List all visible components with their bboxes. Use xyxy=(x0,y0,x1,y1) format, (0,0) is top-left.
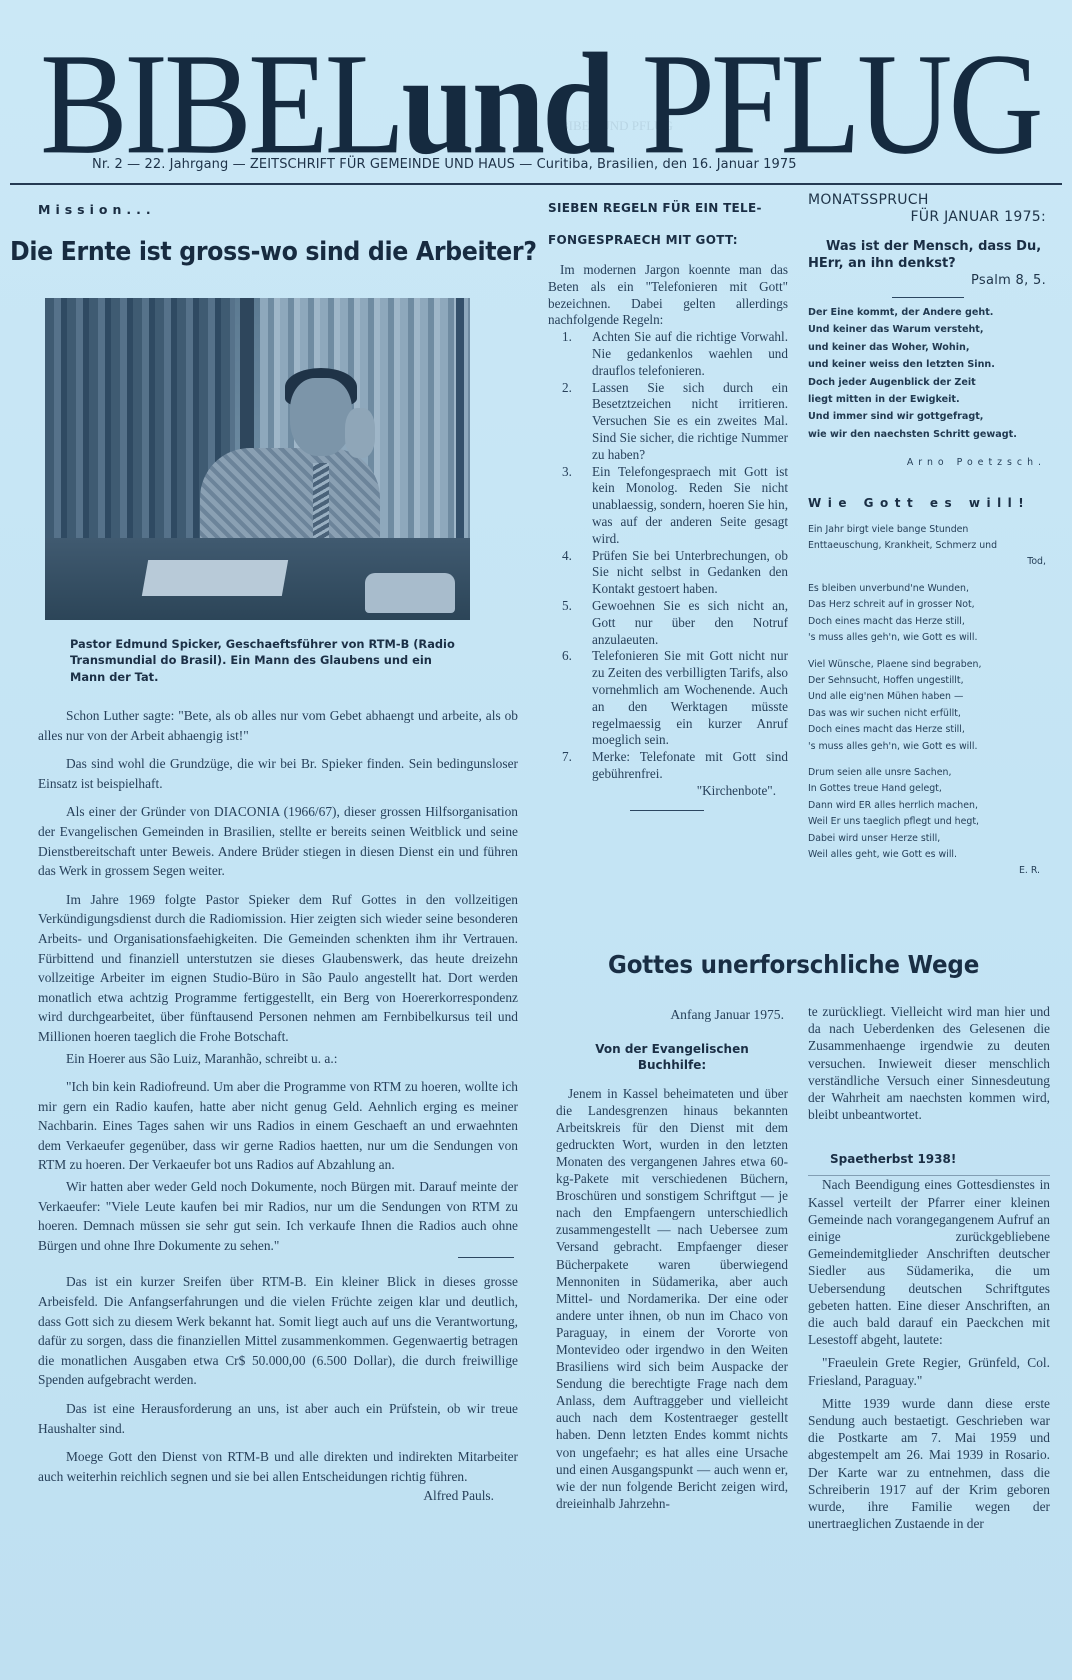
paragraph: Als einer der Gründer von DIACONIA (1966… xyxy=(38,802,518,880)
rules-list: 1.Achten Sie auf die richtige Vorwahl. N… xyxy=(548,329,788,783)
paragraph: Das sind wohl die Grundzüge, die wir bei… xyxy=(38,754,518,793)
paragraph: "Ich bin kein Radiofreund. Um aber die P… xyxy=(38,1077,518,1175)
rule-item: 1.Achten Sie auf die richtige Vorwahl. N… xyxy=(548,329,788,379)
poem-title: Wie Gott es will! xyxy=(808,496,1046,510)
rule-item: 3.Ein Telefongespraech mit Gott ist kein… xyxy=(548,464,788,548)
divider xyxy=(458,1257,514,1258)
monatsspruch-title-2: FÜR JANUAR 1975: xyxy=(808,209,1046,226)
monatsspruch-verse: Was ist der Mensch, dass Du, HErr, an ih… xyxy=(808,238,1046,272)
paragraph: Das ist eine Herausforderung an uns, ist… xyxy=(38,1399,518,1438)
rule-item: 7.Merke: Telefonate mit Gott sind gebühr… xyxy=(548,749,788,783)
poem-wie-gott-es-will: Ein Jahr birgt viele bange Stunden Entta… xyxy=(808,522,1046,880)
paragraph: Das ist ein kurzer Sreifen über RTM-B. E… xyxy=(38,1272,518,1390)
paragraph: Wir hatten aber weder Geld noch Dokument… xyxy=(38,1177,518,1255)
telefon-headline-1: SIEBEN REGELN FÜR EIN TELE- xyxy=(548,192,788,224)
paragraph: Moege Gott den Dienst von RTM-B und alle… xyxy=(38,1447,518,1486)
telefon-source: "Kirchenbote". xyxy=(548,783,788,800)
divider xyxy=(808,1175,1050,1176)
gottes-wege-subhead-2: Spaetherbst 1938! xyxy=(830,1151,1050,1167)
monatsspruch-title-1: MONATSSPRUCH xyxy=(808,192,1046,209)
newspaper-page: BIBEL UND PFLUG BIBELund PFLUG Nr. 2 — 2… xyxy=(0,0,1072,1680)
gottes-wege-col1: Anfang Januar 1975. Von der Evangelische… xyxy=(556,1005,788,1512)
telephone-icon xyxy=(365,573,455,613)
address-quote: "Fraeulein Grete Regier, Grünfeld, Col. … xyxy=(808,1354,1050,1388)
monatsspruch-poem: Der Eine kommt, der Andere geht. Und kei… xyxy=(808,304,1046,443)
article-photo xyxy=(45,298,470,620)
rule-item: 4.Prüfen Sie bei Unterbrechungen, ob Sie… xyxy=(548,548,788,598)
mission-article-body: Schon Luther sagte: "Bete, als ob alles … xyxy=(38,706,518,1506)
article-headline: Die Ernte ist gross-wo sind die Arbeiter… xyxy=(10,237,503,267)
gottes-wege-dateline: Anfang Januar 1975. xyxy=(556,1005,788,1025)
rule-item: 6.Telefonieren Sie mit Gott nicht nur zu… xyxy=(548,648,788,749)
divider xyxy=(892,297,964,298)
gottes-wege-subhead: Von der Evangelischen Buchhilfe: xyxy=(556,1041,788,1073)
divider xyxy=(630,810,704,811)
telefon-article: SIEBEN REGELN FÜR EIN TELE- FONGESPRAECH… xyxy=(548,192,788,811)
gottes-wege-col2: te zurückliegt. Vielleicht wird man hier… xyxy=(808,1003,1050,1532)
paragraph: Im Jahre 1969 folgte Pastor Spieker dem … xyxy=(38,890,518,1047)
masthead-subline: Nr. 2 — 22. Jahrgang — ZEITSCHRIFT FÜR G… xyxy=(92,157,1052,172)
monatsspruch-reference: Psalm 8, 5. xyxy=(808,272,1046,289)
paragraph: Ein Hoerer aus São Luiz, Maranhão, schre… xyxy=(38,1049,518,1069)
masthead-title: BIBELund PFLUG xyxy=(40,38,1040,170)
photo-caption: Pastor Edmund Spicker, Geschaeftsführer … xyxy=(70,636,470,685)
telefon-headline-2: FONGESPRAECH MIT GOTT: xyxy=(548,224,788,256)
gottes-wege-text: Jenem in Kassel beheimateten und über di… xyxy=(556,1085,788,1512)
masthead-rule xyxy=(10,183,1062,185)
rule-item: 5.Gewoehnen Sie es sich nicht an, Gott n… xyxy=(548,598,788,648)
poem-author: E. R. xyxy=(808,863,1046,879)
rule-item: 2.Lassen Sie sich durch ein Besetztzeich… xyxy=(548,380,788,464)
poem-author: Arno Poetzsch. xyxy=(808,455,1046,471)
monatsspruch-box: MONATSSPRUCH FÜR JANUAR 1975: Was ist de… xyxy=(808,192,1046,880)
paragraph: Schon Luther sagte: "Bete, als ob alles … xyxy=(38,706,518,745)
section-kicker: Mission... xyxy=(38,202,156,217)
telefon-intro: Im modernen Jargon koennte man das Beten… xyxy=(548,262,788,329)
gottes-wege-headline: Gottes unerforschliche Wege xyxy=(608,950,994,979)
article-author: Alfred Pauls. xyxy=(38,1486,518,1506)
